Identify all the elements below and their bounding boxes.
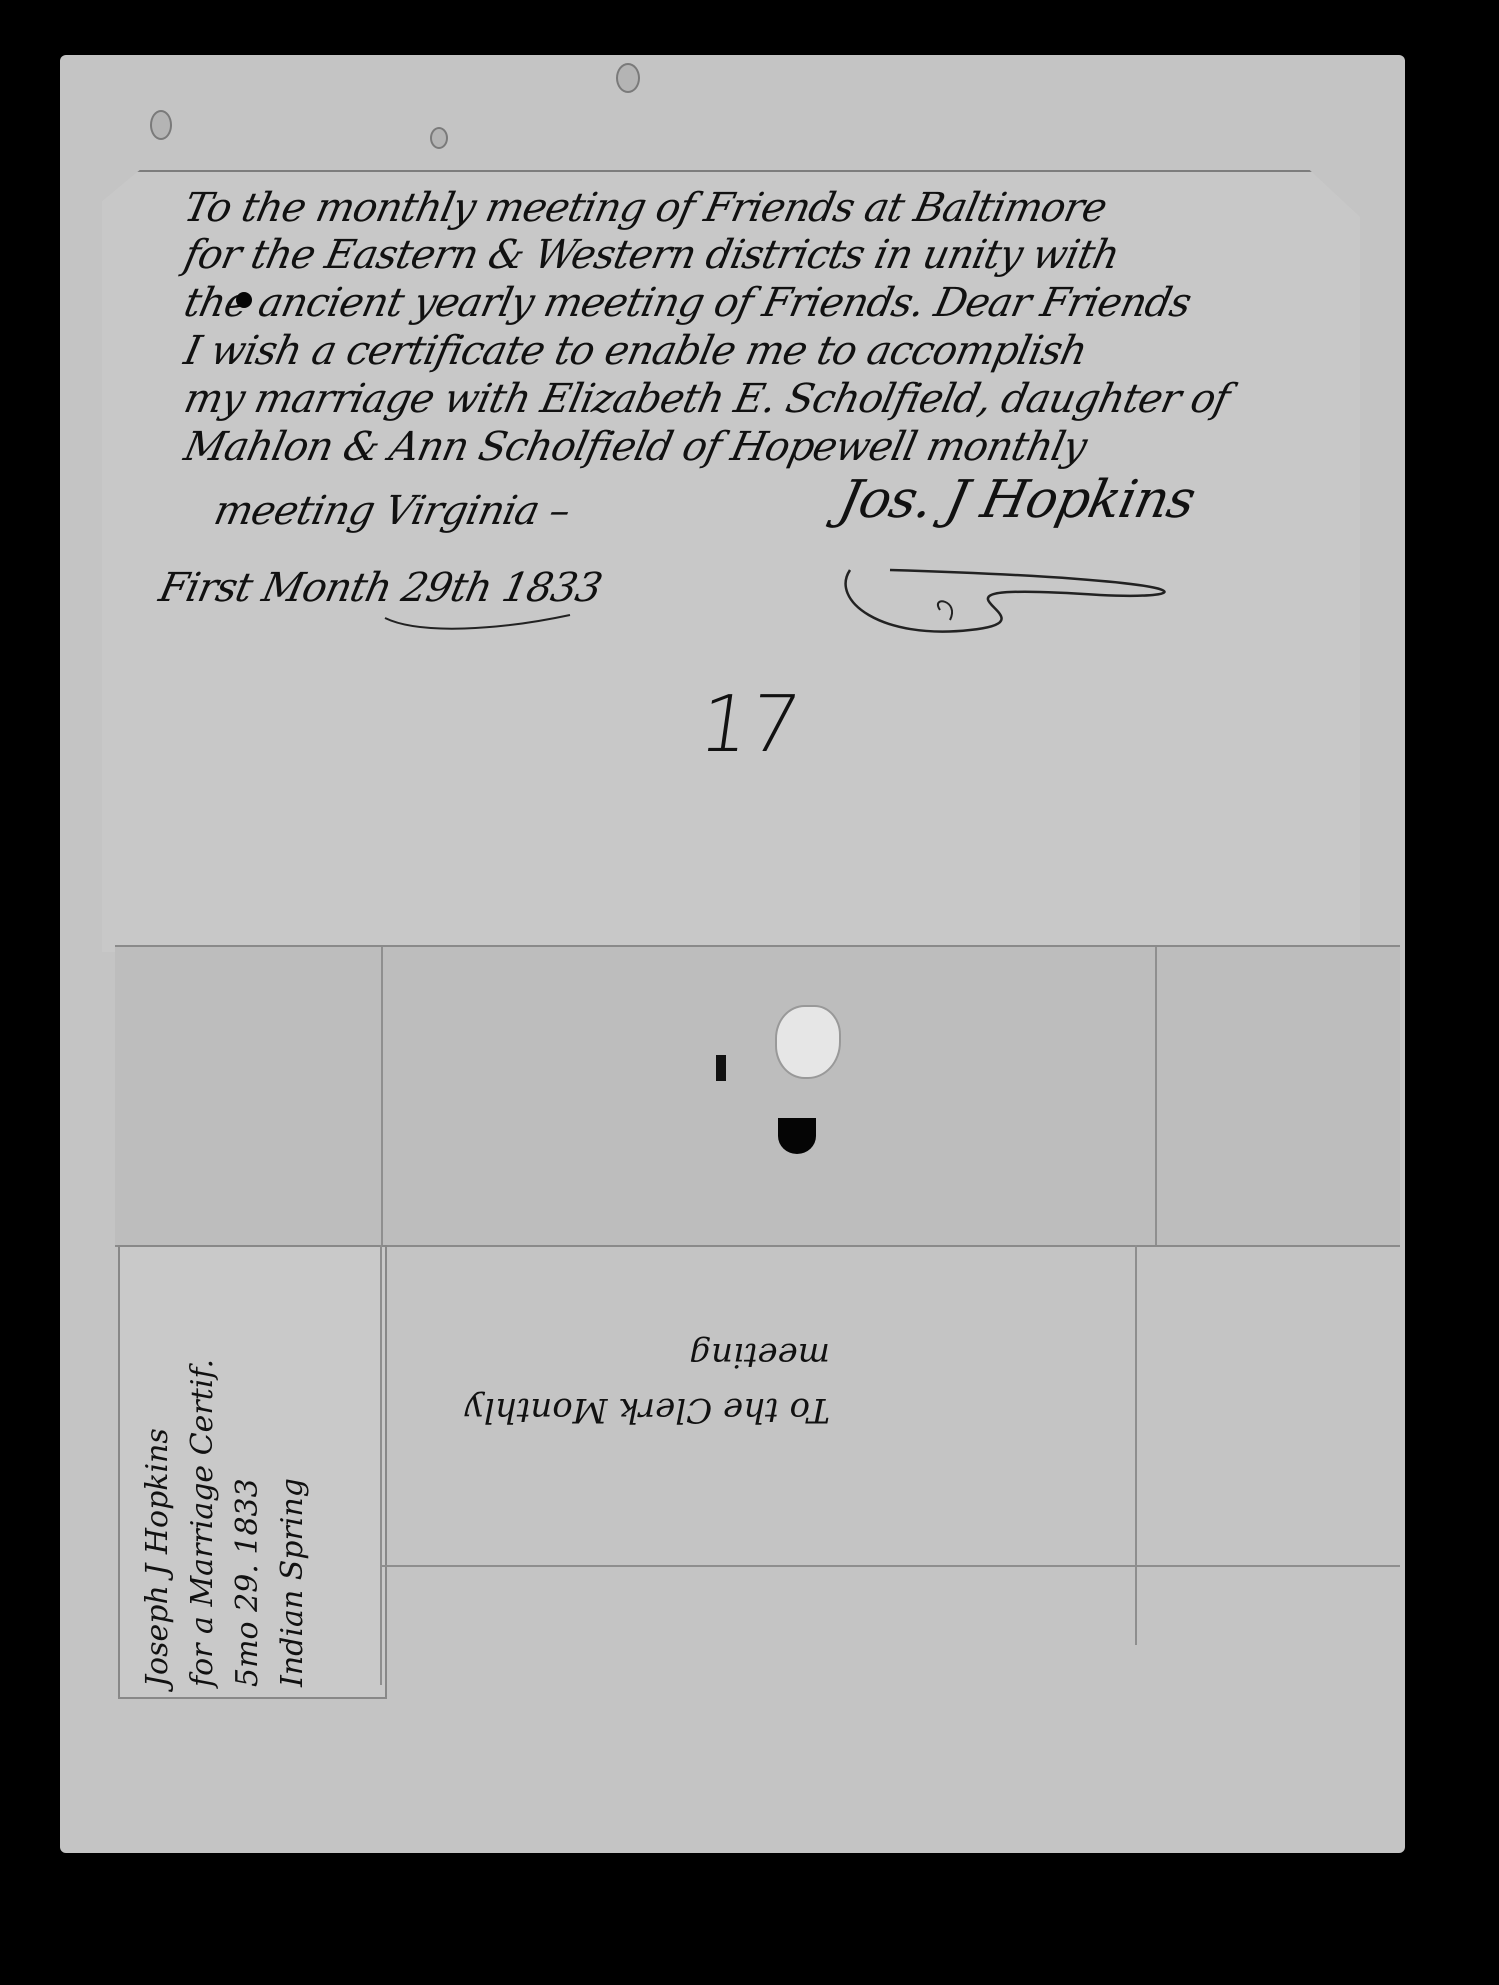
date-underline-icon <box>380 610 580 640</box>
docket-panel: Joseph J Hopkins for a Marriage Certif. … <box>118 1245 387 1699</box>
page-number: 17 <box>694 680 806 770</box>
docket-line-4: Indian Spring <box>275 1359 320 1687</box>
signature: Jos. J Hopkins <box>834 470 1200 530</box>
address-line-1: To the Clerk Monthly <box>465 1375 830 1430</box>
punch-hole-top <box>616 63 640 93</box>
letter-line-1: To the monthly meeting of Friends at Bal… <box>180 185 1110 231</box>
letter-line-2: for the Eastern & Western districts in u… <box>180 232 1123 278</box>
date-line: First Month 29th 1833 <box>155 565 605 611</box>
ink-blot <box>236 292 252 308</box>
signature-flourish-icon <box>820 540 1280 660</box>
fold-panel <box>115 945 1400 1247</box>
letter-line-6: Mahlon & Ann Scholfield of Hopewell mont… <box>180 424 1090 470</box>
docket-line-1: Joseph J Hopkins <box>140 1359 185 1687</box>
letter-line-5: my marriage with Elizabeth E. Scholfield… <box>180 376 1233 422</box>
paper-tear <box>775 1005 841 1079</box>
punch-hole-left <box>150 110 172 140</box>
ink-stain <box>716 1055 726 1081</box>
letter-line-3: the ancient yearly meeting of Friends. D… <box>180 280 1195 326</box>
docket-line-3: 5mo 29. 1833 <box>230 1359 275 1687</box>
address-line-2: meeting <box>465 1320 830 1375</box>
address-block: To the Clerk Monthly meeting <box>465 1320 830 1430</box>
punch-hole-small <box>430 127 448 149</box>
fold-crease-lower <box>380 1565 1400 1567</box>
fold-crease-left <box>381 947 383 1245</box>
wax-seal-hole <box>778 1118 816 1154</box>
docket-text: Joseph J Hopkins for a Marriage Certif. … <box>140 1359 320 1687</box>
fold-crease-lower-right <box>1135 1245 1137 1645</box>
fold-crease-lower-left <box>380 1245 382 1685</box>
fold-crease-right <box>1155 947 1157 1245</box>
letter-line-4: I wish a certificate to enable me to acc… <box>180 328 1091 374</box>
docket-line-2: for a Marriage Certif. <box>185 1359 230 1687</box>
letter-line-7: meeting Virginia – <box>210 488 574 534</box>
